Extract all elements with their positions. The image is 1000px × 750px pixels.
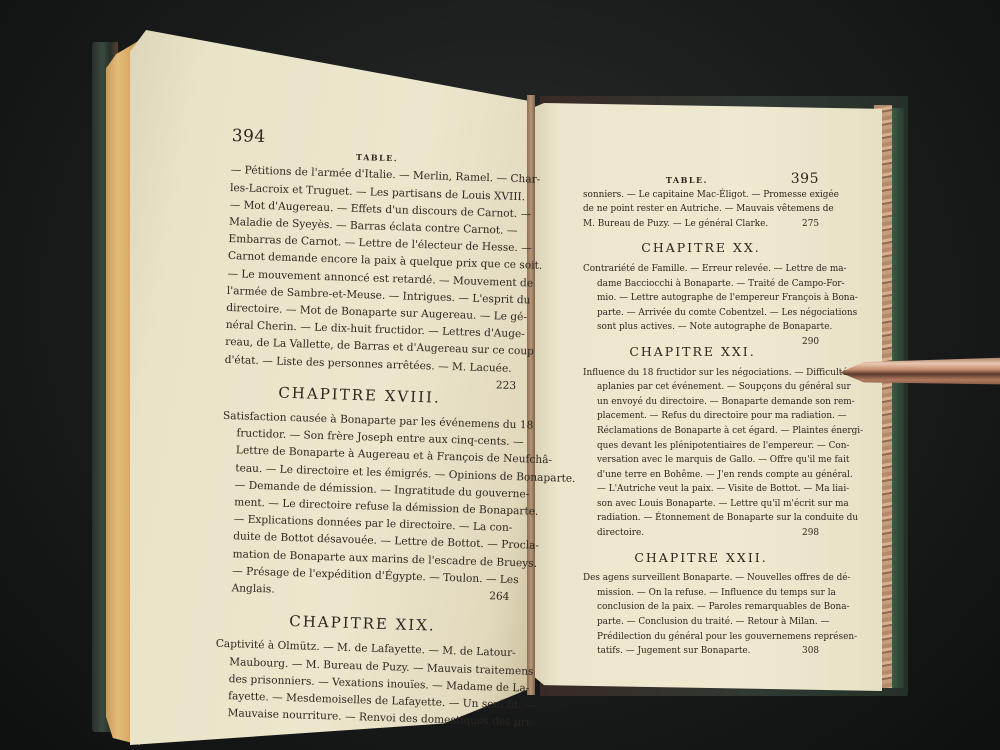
toc-line: son avec Louis Bonaparte. — Lettre qu'il…	[583, 497, 819, 512]
chapter-entry: Des agens surveillent Bonaparte. — Nouve…	[583, 571, 819, 659]
toc-line: parte. — Conclusion du traité. — Retour …	[583, 615, 819, 630]
cover-leather-strip	[892, 108, 904, 688]
toc-line-text: directoire.	[597, 528, 644, 538]
toc-line-text: sont plus actives. — Note autographe de …	[597, 322, 832, 332]
toc-line: de ne point rester en Autriche. — Mauvai…	[583, 202, 819, 217]
chapter-entry: Influence du 18 fructidor sur les négoci…	[583, 366, 819, 541]
toc-line: M. Bureau de Puzy. — Le général Clarke. …	[583, 217, 819, 232]
page-number: 395	[791, 172, 819, 187]
continued-entry: — Pétitions de l'armée d'Italie. — Merli…	[224, 162, 522, 378]
chapter-entry: Captivité à Olmütz. — M. de Lafayette. —…	[213, 636, 508, 731]
chapter-heading: CHAPITRE XX.	[583, 241, 819, 256]
toc-line: Prédilection du général pour les gouvern…	[583, 630, 819, 645]
toc-line: placement. — Refus du directoire pour ma…	[583, 409, 819, 424]
toc-line: sonniers. — Le capitaine Mac-Éligot. — P…	[583, 188, 819, 203]
page-reference: 275	[802, 217, 819, 232]
chapter-heading: CHAPITRE XXII.	[583, 551, 819, 566]
page-reference: 290	[802, 335, 819, 350]
chapter-entry: Satisfaction causée à Bonaparte par les …	[217, 408, 515, 606]
toc-line: mission. — On la refuse. — Influence du …	[583, 586, 819, 601]
toc-line: dame Bacciocchi à Bonaparte. — Traité de…	[583, 277, 819, 292]
chapter-heading: CHAPITRE XVIII.	[223, 383, 515, 409]
photo-scene: 394 TABLE. — Pétitions de l'armée d'Ital…	[0, 0, 1000, 750]
page-reference: 264	[489, 588, 510, 606]
toc-line: Influence du 18 fructidor sur les négoci…	[583, 366, 819, 381]
running-head: TABLE.	[583, 173, 791, 188]
toc-line: tatifs. — Jugement sur Bonaparte. 308	[583, 644, 819, 659]
toc-line: mio. — Lettre autographe de l'empereur F…	[583, 291, 819, 306]
toc-line: aplanies par cet événement. — Soupçons d…	[583, 380, 819, 395]
toc-line: d'une terre en Bohême. — J'en rends comp…	[583, 468, 819, 483]
toc-line-text: tatifs. — Jugement sur Bonaparte.	[597, 646, 750, 656]
toc-line: directoire. 298	[583, 526, 819, 541]
toc-line: Des agens surveillent Bonaparte. — Nouve…	[583, 571, 819, 586]
chapter-heading: CHAPITRE XXI.	[583, 345, 819, 360]
toc-line: Contrariété de Famille. — Erreur relevée…	[583, 262, 819, 277]
continued-entry: sonniers. — Le capitaine Mac-Éligot. — P…	[583, 188, 819, 232]
chapter-entry: Contrariété de Famille. — Erreur relevée…	[583, 262, 819, 335]
toc-line: sont plus actives. — Note autographe de …	[583, 320, 819, 335]
page-reference: 308	[802, 644, 819, 659]
page-header: TABLE. 395	[583, 172, 819, 188]
toc-line: un envoyé du directoire. — Bonaparte dem…	[583, 395, 819, 410]
toc-line: parte. — Arrivée du comte Cobentzel. — L…	[583, 306, 819, 321]
right-page-text: TABLE. 395 sonniers. — Le capitaine Mac-…	[583, 172, 819, 659]
toc-line-text: Anglais.	[231, 582, 275, 595]
left-page-text: 394 TABLE. — Pétitions de l'armée d'Ital…	[213, 128, 524, 731]
toc-line: ques devant les plénipotentiaires de l'e…	[583, 439, 819, 454]
toc-line: radiation. — Étonnement de Bonaparte sur…	[583, 511, 819, 526]
toc-line: — L'Autriche veut la paix. — Visite de B…	[583, 482, 819, 497]
toc-line: Réclamations de Bonaparte à cet égard. —…	[583, 424, 819, 439]
page-reference: 298	[802, 526, 819, 541]
toc-line: conclusion de la paix. — Paroles remarqu…	[583, 600, 819, 615]
page-reference: 223	[496, 377, 517, 395]
chapter-heading: CHAPITRE XIX.	[216, 611, 508, 637]
toc-line-text: M. Bureau de Puzy. — Le général Clarke.	[583, 219, 768, 229]
toc-line: versation avec le marquis de Gallo. — Of…	[583, 453, 819, 468]
